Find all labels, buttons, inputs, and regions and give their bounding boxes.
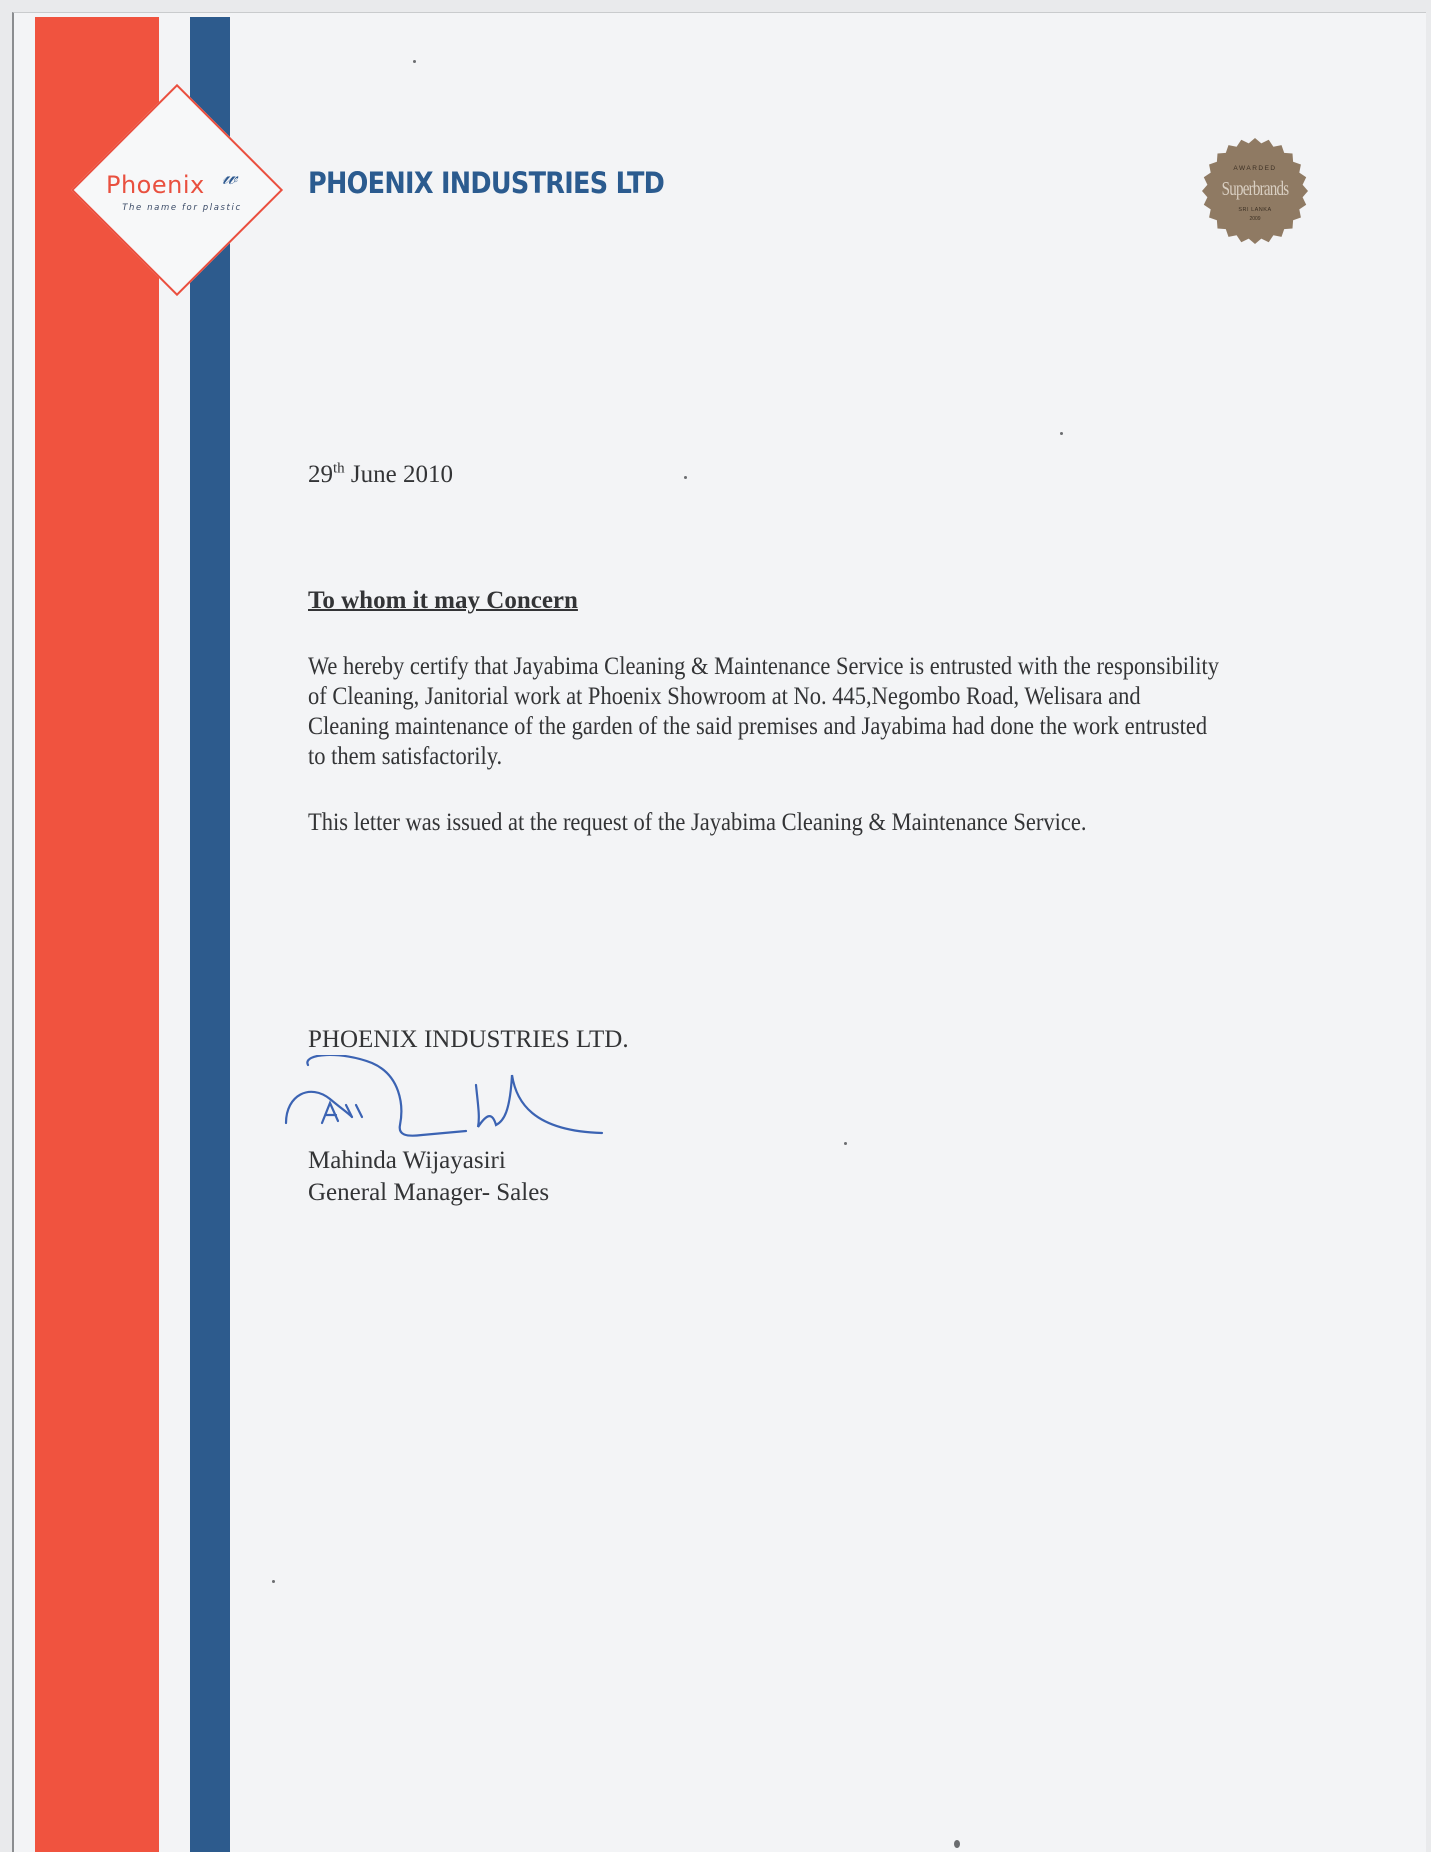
seal-awarded-label: AWARDED (1200, 165, 1310, 172)
blue-side-stripe (190, 17, 230, 1852)
phoenix-logo: Phoenix 𝓌 The name for plastic (72, 85, 278, 291)
salutation-heading: To whom it may Concern (308, 586, 578, 616)
signer-title: General Manager- Sales (308, 1178, 549, 1208)
date-suffix: th (333, 461, 345, 477)
scan-speck (413, 60, 416, 63)
scan-speck (272, 1580, 275, 1583)
superbrands-seal: AWARDED Superbrands SRI LANKA 2009 (1200, 136, 1310, 246)
logo-tagline: The name for plastic (102, 203, 262, 213)
signer-name: Mahinda Wijayasiri (308, 1146, 506, 1176)
date-day: 29 (308, 461, 333, 488)
scan-speck (844, 1142, 847, 1145)
seal-country-label: SRI LANKA (1200, 207, 1310, 213)
date-month-year: June 2010 (345, 461, 453, 488)
scan-speck (954, 1840, 960, 1848)
red-side-stripe (35, 17, 159, 1852)
logo-swash-icon: 𝓌 (222, 165, 237, 190)
handwritten-signature-icon (282, 1055, 642, 1150)
body-paragraph-2: This letter was issued at the request of… (308, 808, 1222, 838)
seal-year-label: 2009 (1200, 216, 1310, 222)
letter-date: 29th June 2010 (308, 460, 453, 490)
seal-brand-label: Superbrands (1214, 178, 1297, 201)
body-paragraph-1: We hereby certify that Jayabima Cleaning… (308, 652, 1222, 772)
logo-wordmark: Phoenix (106, 171, 205, 199)
company-title: PHOENIX INDUSTRIES LTD (308, 166, 664, 200)
signature-company: PHOENIX INDUSTRIES LTD. (308, 1025, 629, 1055)
scan-speck (684, 476, 687, 479)
scan-speck (1060, 432, 1063, 435)
